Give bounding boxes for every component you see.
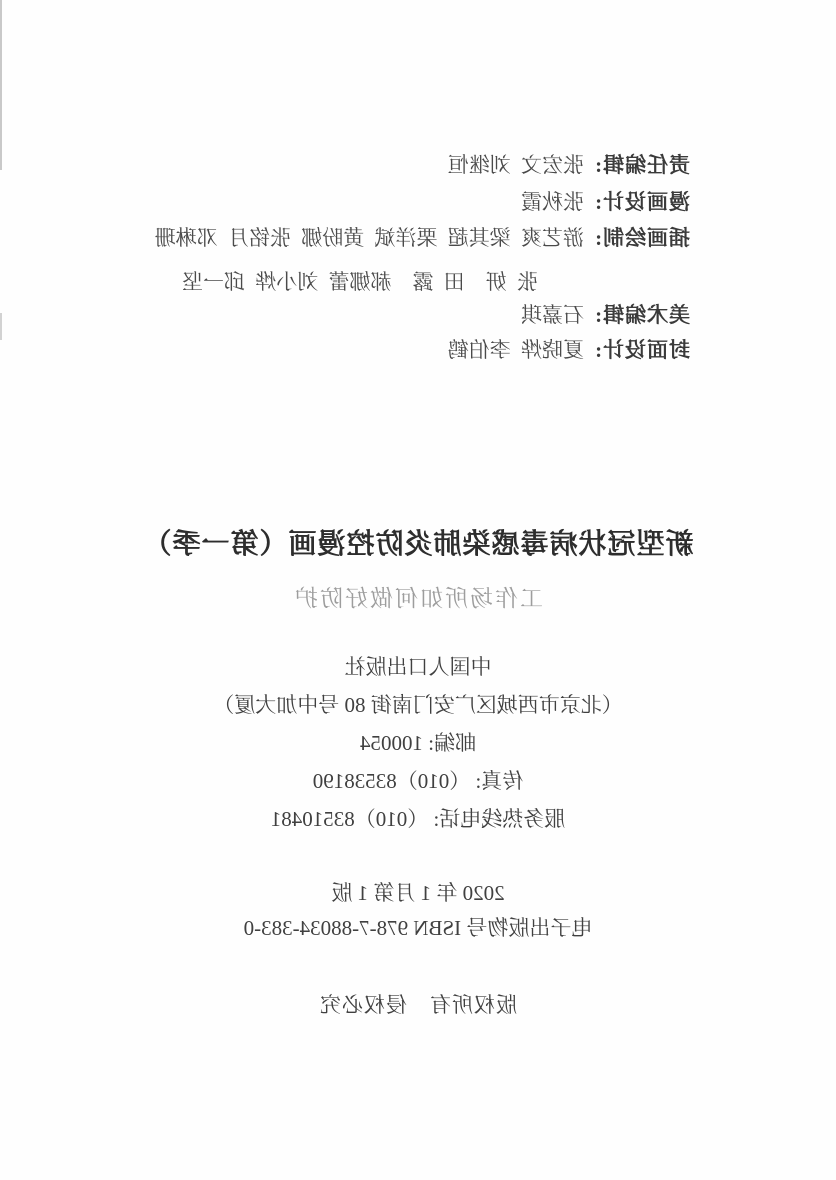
colophon-page: 责任编辑: 张宏文 刘继恒 漫画设计: 张秋霞 插画绘制: 游艺爽 梁其超 栗洋… — [0, 0, 836, 1180]
publisher-hotline: 服务热线电话: （010）83510481 — [0, 800, 836, 838]
edition-block: 2020 年 1 月第 1 版 电子出版物号 ISBN 978-7-88034-… — [0, 876, 836, 946]
edition-isbn: 电子出版物号 ISBN 978-7-88034-383-0 — [0, 911, 836, 946]
credits-block: 责任编辑: 张宏文 刘继恒 漫画设计: 张秋霞 插画绘制: 游艺爽 梁其超 栗洋… — [30, 150, 690, 365]
copyright-notice: 版权所有 侵权必究 — [0, 990, 836, 1020]
credit-row-illustrators-continued: 张 妍 田 露 郝娜蕾 刘小烨 邱一坚 — [30, 267, 690, 297]
book-subtitle: 工作场所如何做好防护 — [0, 584, 836, 614]
book-title: 新型冠状病毒感染肺炎防控漫画（第一季） — [0, 528, 836, 562]
publisher-name: 中国人口出版社 — [0, 648, 836, 686]
credit-row-art-editor: 美术编辑: 石嘉琪 — [30, 300, 690, 330]
credit-label: 美术编辑: — [584, 300, 690, 330]
scan-edge-artifact-top — [0, 0, 2, 170]
publisher-postcode: 邮编: 100054 — [0, 724, 836, 762]
publisher-address: （北京市西城区广安门南街 80 号中加大厦） — [0, 686, 836, 724]
edition-print-run: 2020 年 1 月第 1 版 — [0, 876, 836, 911]
title-block: 新型冠状病毒感染肺炎防控漫画（第一季） 工作场所如何做好防护 — [0, 528, 836, 614]
credit-names: 张秋霞 — [521, 187, 584, 217]
credit-row-responsible-editor: 责任编辑: 张宏文 刘继恒 — [30, 150, 690, 180]
credit-label: 插画绘制: — [584, 223, 690, 253]
credit-label: 漫画设计: — [584, 187, 690, 217]
credit-label: 责任编辑: — [584, 150, 690, 180]
credit-label: 封面设计: — [584, 335, 690, 365]
credit-row-cover-design: 封面设计: 夏晓烨 李伯鹤 — [30, 335, 690, 365]
credit-row-comic-design: 漫画设计: 张秋霞 — [30, 187, 690, 217]
credit-names: 游艺爽 梁其超 栗洋斌 黄盼娜 张铭月 邓琳珊 — [155, 223, 584, 253]
scan-edge-artifact-mid — [0, 313, 2, 340]
credit-row-illustrators: 插画绘制: 游艺爽 梁其超 栗洋斌 黄盼娜 张铭月 邓琳珊 — [30, 223, 690, 253]
credit-names: 张宏文 刘继恒 — [448, 150, 584, 180]
credit-names: 石嘉琪 — [521, 300, 584, 330]
mirrored-content: 责任编辑: 张宏文 刘继恒 漫画设计: 张秋霞 插画绘制: 游艺爽 梁其超 栗洋… — [0, 0, 836, 1180]
publisher-block: 中国人口出版社 （北京市西城区广安门南街 80 号中加大厦） 邮编: 10005… — [0, 648, 836, 838]
publisher-fax: 传真: （010）83538190 — [0, 762, 836, 800]
credit-names: 张 妍 田 露 郝娜蕾 刘小烨 邱一坚 — [182, 267, 584, 297]
credit-names: 夏晓烨 李伯鹤 — [448, 335, 584, 365]
